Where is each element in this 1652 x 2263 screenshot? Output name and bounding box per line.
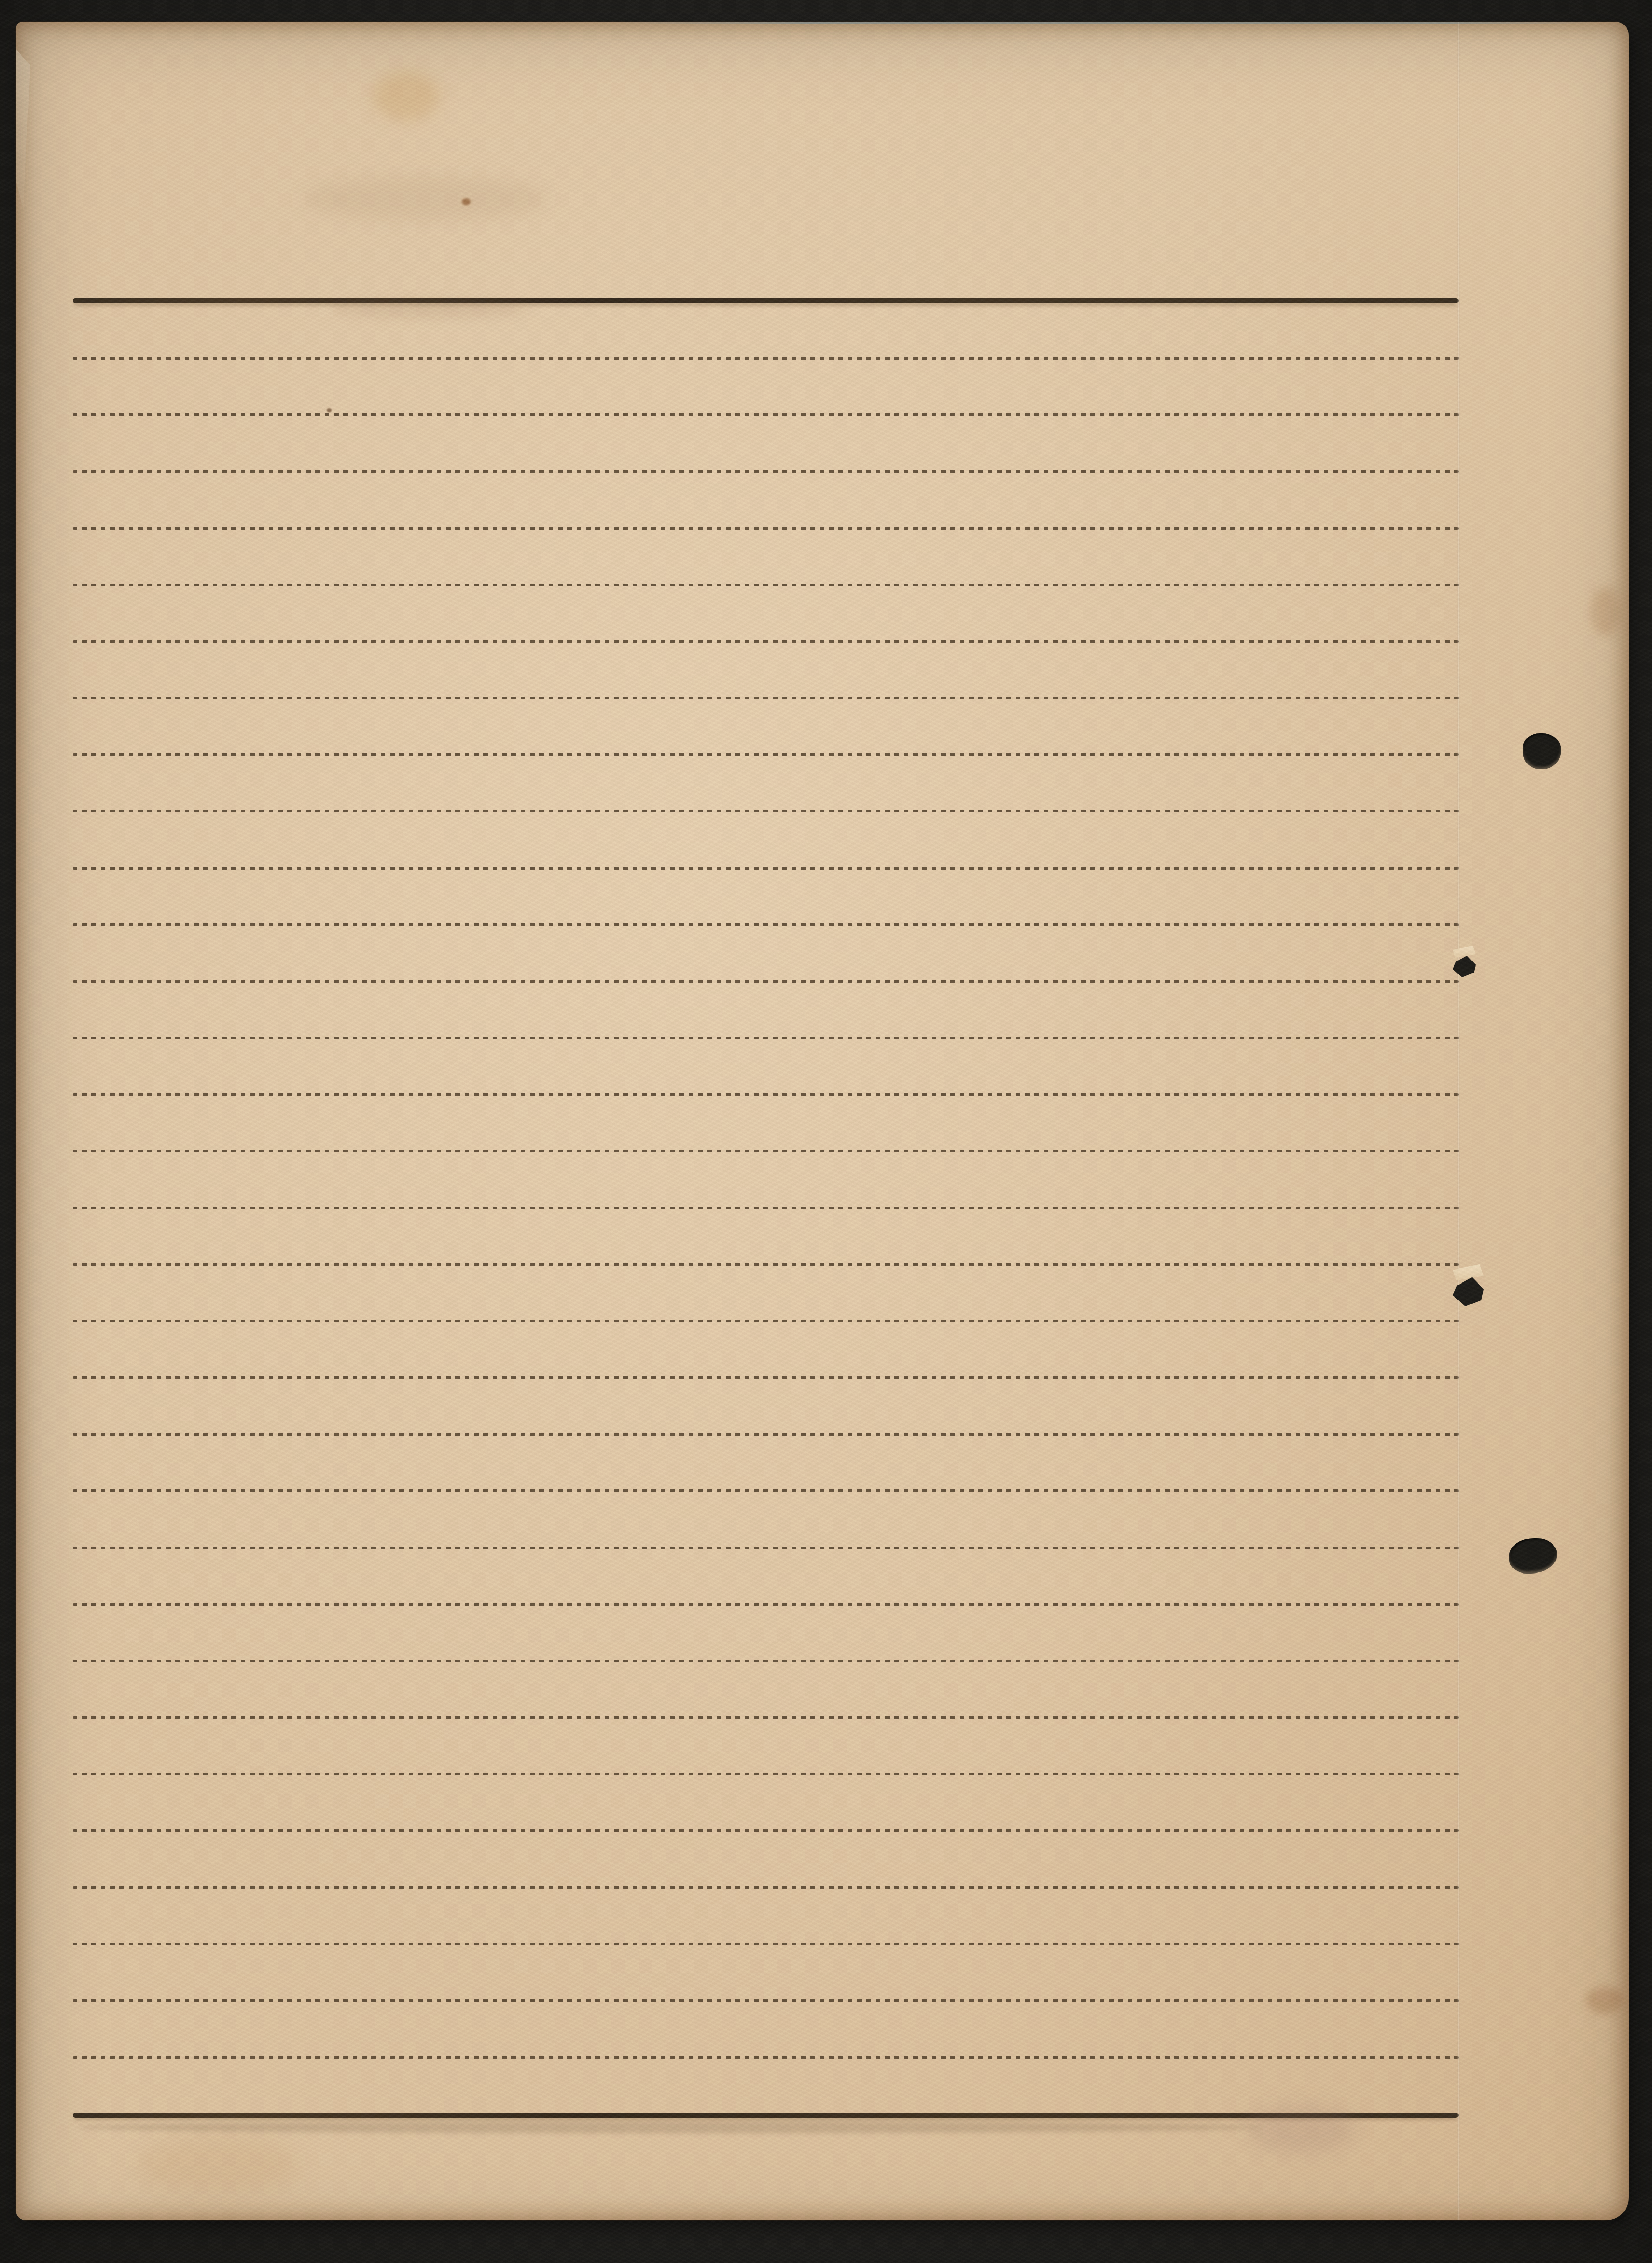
punch-hole-top: [1523, 733, 1561, 769]
punch-holes-layer: [16, 22, 1629, 2220]
punch-hole-bottom: [1509, 1538, 1557, 1574]
paper-sheet: [16, 22, 1629, 2220]
scan-backing-board: [0, 0, 1652, 2263]
